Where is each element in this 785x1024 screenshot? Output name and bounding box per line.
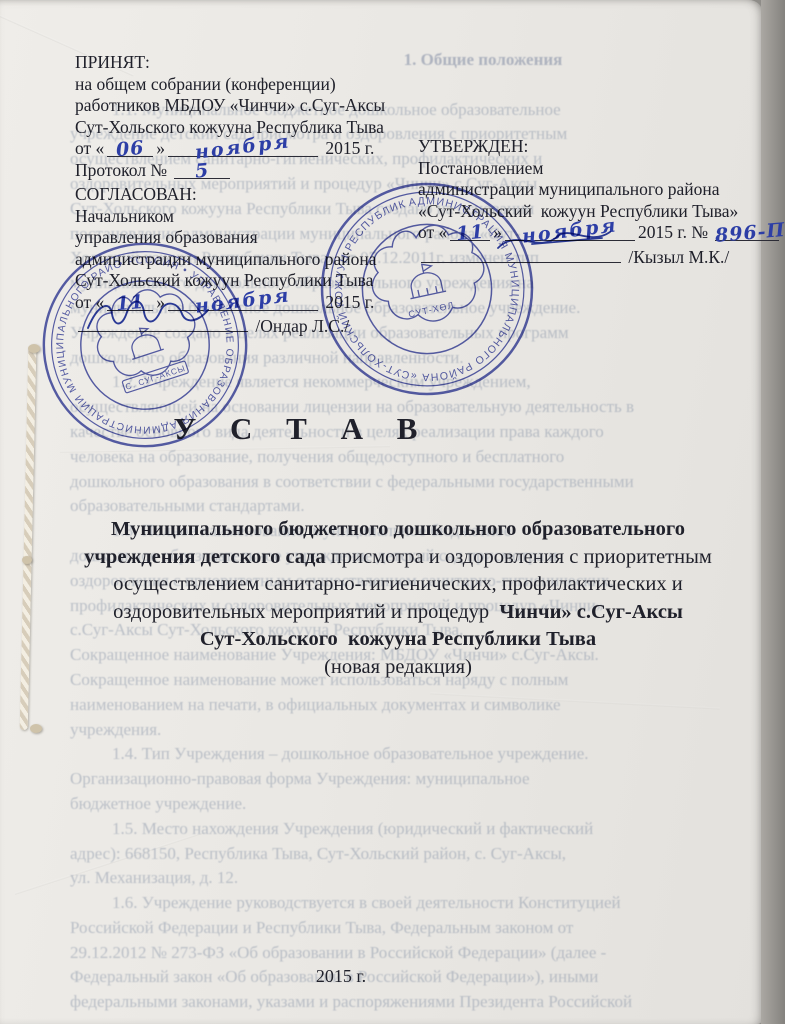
signature-squiggle-agreed (82, 296, 222, 338)
official-stamp-right: АДМИНИСТРАЦИЯ МУНИЦИПАЛЬНОГО РАЙОНА «СУТ… (295, 157, 558, 420)
accepted-line: на общем собрании (конференции) (75, 74, 385, 96)
protocol-line: Протокол № 5 (75, 160, 385, 182)
accepted-block: ПРИНЯТ: на общем собрании (конференции) … (75, 52, 385, 181)
handwritten-protocol-number: 5 (194, 160, 210, 183)
subtitle-text: оздоровительных мероприятий и процедур (113, 601, 499, 623)
thread-knot (22, 556, 32, 564)
subtitle-line: Сут-Хольского кожууна Республики Тыва (68, 626, 728, 654)
date-year-label: 2015 г. № (638, 222, 708, 242)
subtitle-bold: Сут-Хольского кожууна Республики Тыва (200, 628, 596, 650)
approved-heading: УТВЕРЖДЕН: (418, 136, 782, 158)
subtitle-bold: Муниципального бюджетного дошкольного об… (111, 518, 685, 540)
svg-text:АДМИНИСТРАЦИЯ МУНИЦИПАЛЬНОГО Р: АДМИНИСТРАЦИЯ МУНИЦИПАЛЬНОГО РАЙОНА «СУТ… (295, 157, 538, 406)
subtitle-line: учреждения детского сада присмотра и озд… (68, 544, 728, 572)
protocol-number-blank: 5 (174, 160, 230, 179)
subtitle-line: (новая редакция) (68, 654, 728, 682)
document-subtitle: Муниципального бюджетного дошкольного об… (68, 516, 728, 681)
thread-knot (28, 344, 40, 353)
date-from-label: от « (75, 138, 104, 158)
bleedthrough-line: Организационно-правовая форма Учреждения… (70, 769, 746, 794)
paper-sheet: 1. Общие положения1.1. Муниципальное бюд… (0, 0, 763, 1024)
subtitle-text: присмотра и оздоровления с приоритетным (326, 546, 712, 568)
bleedthrough-line: дошкольного образования в соответствии с… (70, 472, 746, 497)
subtitle-bold: учреждения детского сада (84, 546, 326, 568)
bleedthrough-line: 29.12.2012 № 273-ФЗ «Об образовании в Ро… (70, 943, 746, 968)
footer-year: 2015 г. (256, 966, 426, 988)
approved-signer-name: /Кызыл М.К./ (628, 247, 729, 267)
bleedthrough-line: бюджетное учреждение. (70, 794, 746, 819)
accepted-line: Сут-Хольского кожууна Республика Тыва (75, 117, 385, 139)
accepted-date-line: от «06»ноября 2015 г. (75, 138, 385, 160)
stamp-center-text: СУТ-ХӨЛ (408, 300, 456, 319)
thread-knot (30, 724, 42, 733)
handwritten-doc-number: 896-П (715, 220, 785, 248)
bleedthrough-line: Российской Федерации и Республики Тыва, … (70, 918, 746, 943)
accepted-heading: ПРИНЯТ: (75, 52, 385, 74)
bleedthrough-line: ул. Механизация, д. 12. (70, 868, 746, 893)
bleedthrough-line: федеральными законами, указами и распоря… (70, 992, 746, 1017)
quote-close: » (156, 138, 165, 158)
binding-thread (20, 348, 37, 730)
signature-squiggle-approved (492, 224, 632, 260)
subtitle-line: Муниципального бюджетного дошкольного об… (68, 516, 728, 544)
bleedthrough-line: наименованием на печати, в официальных д… (70, 695, 746, 720)
bleedthrough-line: 1.4. Тип Учреждения – дошкольное образов… (70, 744, 746, 769)
bleedthrough-line: 1.5. Место нахождения Учреждения (юридич… (70, 819, 746, 844)
bleedthrough-line: человека на образование, получения общед… (70, 447, 746, 472)
subtitle-line: осуществлением санитарно-гигиенических, … (68, 571, 728, 599)
date-year-label: 2015 г. (325, 138, 374, 158)
date-month-blank: ноября (168, 138, 318, 157)
protocol-label: Протокол № (75, 160, 167, 180)
handwritten-day: 06 (115, 138, 145, 162)
bleedthrough-line: адрес): 668150, Республика Тыва, Сут-Хол… (70, 844, 746, 869)
subtitle-line: оздоровительных мероприятий и процедур Ч… (68, 599, 728, 627)
subtitle-bold: Чинчи» с.Суг-Аксы (499, 601, 683, 623)
bleedthrough-line: 1.6. Учреждение руководствуется в своей … (70, 893, 746, 918)
accepted-line: работников МБДОУ «Чинчи» с.Суг-Аксы (75, 95, 385, 117)
scanned-document-page: 1. Общие положения1.1. Муниципальное бюд… (0, 0, 785, 1024)
bleedthrough-line: учреждения. (70, 720, 746, 745)
stamp-ring-text: АДМИНИСТРАЦИЯ МУНИЦИПАЛЬНОГО РАЙОНА «СУТ… (295, 157, 538, 406)
doc-number-blank: 896-П (715, 222, 779, 241)
date-day-blank: 06 (107, 138, 153, 157)
